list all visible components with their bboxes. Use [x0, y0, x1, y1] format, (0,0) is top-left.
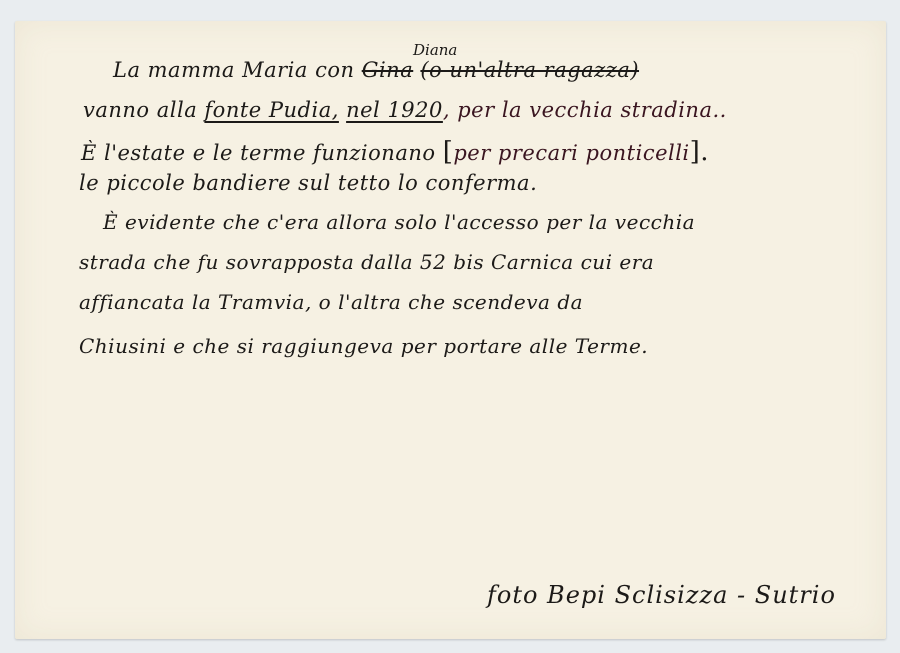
line-2-text-a: vanno alla [83, 98, 204, 122]
struck-parenthetical: (o un'altra ragazza) [420, 58, 639, 82]
note-line-3: È l'estate e le terme funzionano [per pr… [81, 137, 709, 167]
note-line-1: La mamma Maria con Gina (o un'altra raga… [113, 58, 639, 82]
note-line-7: affiancata la Tramvia, o l'altra che sce… [79, 290, 583, 314]
line-1-text: La mamma Maria con [113, 58, 362, 82]
photographer-signature: foto Bepi Sclisizza - Sutrio [487, 581, 836, 609]
struck-name: Gina [362, 58, 414, 82]
note-line-4: le piccole bandiere sul tetto lo conferm… [79, 171, 537, 195]
note-line-2: vanno alla fonte Pudia, nel 1920, per la… [83, 98, 727, 122]
underlined-place: fonte Pudia, [204, 98, 339, 122]
bracket-close: ]. [690, 137, 709, 167]
line-2-text-c: , per la vecchia stradina.. [443, 98, 727, 122]
note-line-5: È evidente che c'era allora solo l'acces… [103, 210, 695, 234]
inserted-correction: Diana [413, 41, 457, 59]
bracket-open: [ [443, 137, 454, 167]
note-line-6: strada che fu sovrapposta dalla 52 bis C… [79, 250, 654, 274]
bracketed-text: per precari ponticelli [453, 141, 689, 165]
note-line-8: Chiusini e che si raggiungeva per portar… [79, 334, 648, 358]
underlined-year: nel 1920 [346, 98, 443, 122]
photo-card-back: La mamma Maria con Gina (o un'altra raga… [15, 21, 886, 639]
line-3-text: È l'estate e le terme funzionano [81, 141, 443, 165]
